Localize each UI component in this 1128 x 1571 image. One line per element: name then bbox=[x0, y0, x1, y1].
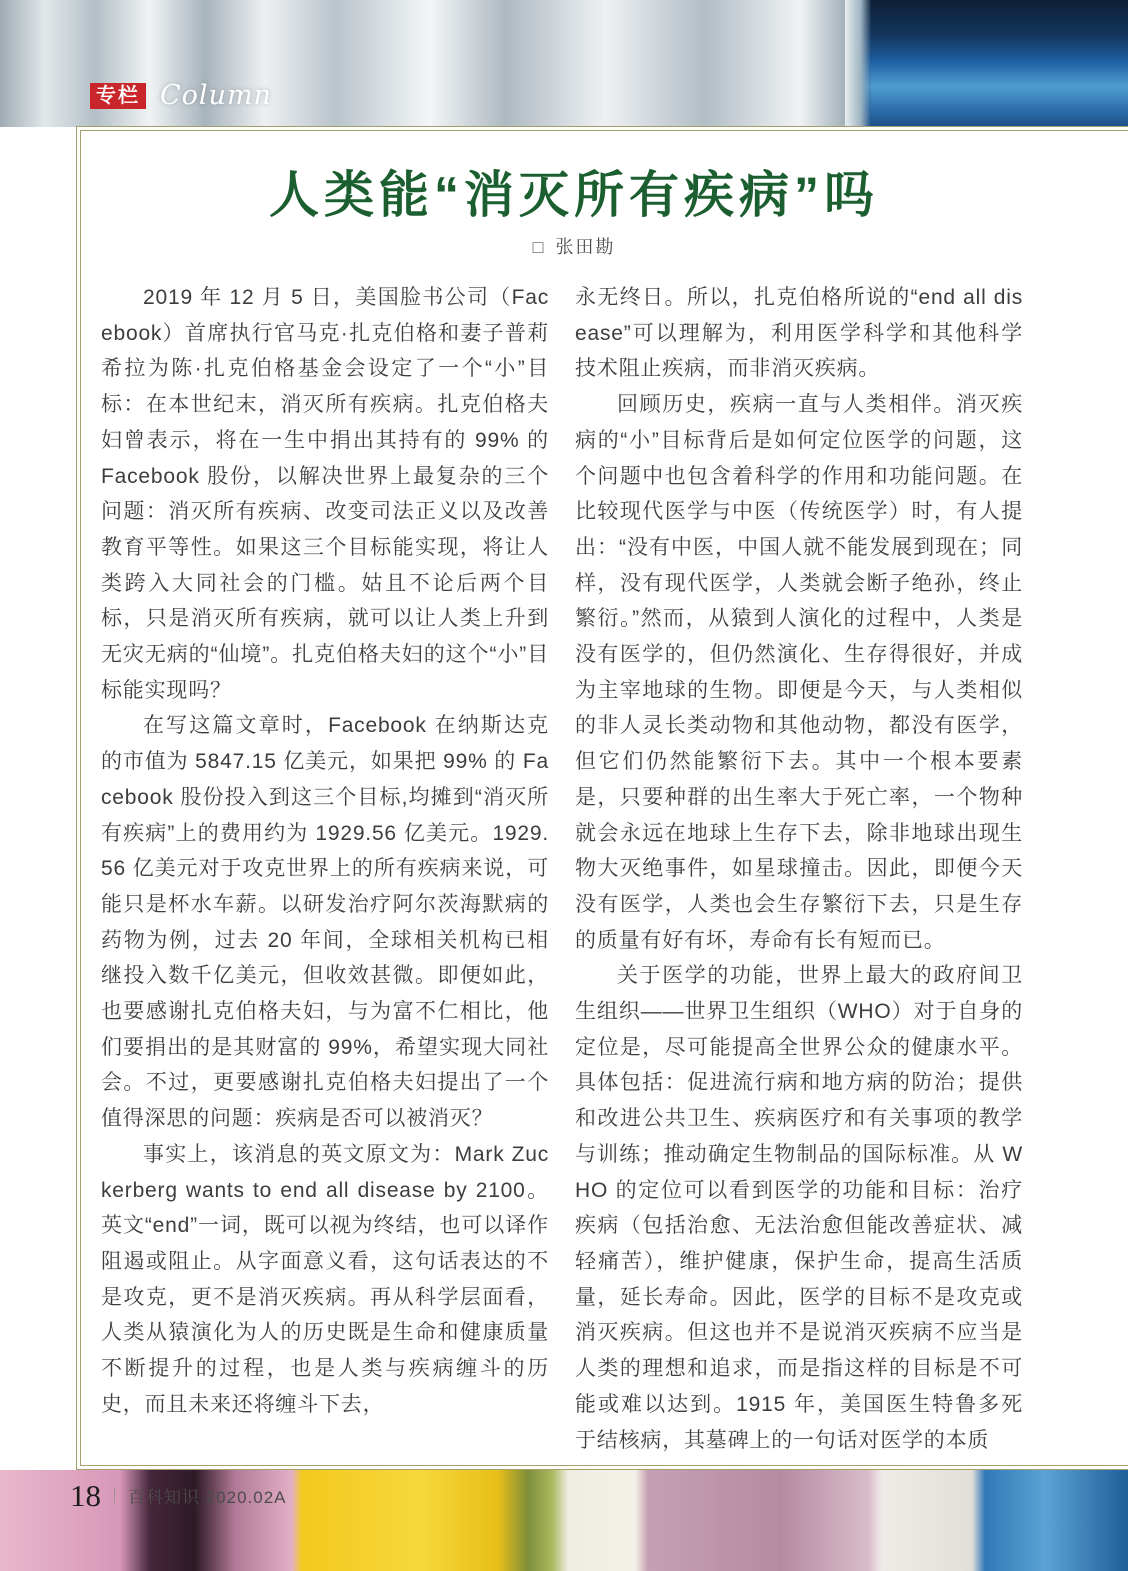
footer-divider bbox=[114, 1488, 115, 1503]
author-name: 张田勘 bbox=[555, 237, 615, 257]
magazine-page: 专栏 Column 人类能“消灭所有疾病”吗 □张田勘 2019 年 12 月 … bbox=[0, 0, 1128, 1571]
byline: □张田勘 bbox=[97, 233, 1051, 259]
paragraph: 回顾历史，疾病一直与人类相伴。消灭疾病的“小”目标背后是如何定位医学的问题，这个… bbox=[575, 387, 1023, 958]
blue-test-tube bbox=[845, 0, 1128, 127]
magazine-name: 百科知识 2020.02A bbox=[128, 1483, 287, 1508]
page-number: 18 bbox=[70, 1480, 101, 1511]
paragraph: 关于医学的功能，世界上最大的政府间卫生组织——世界卫生组织（WHO）对于自身的定… bbox=[575, 958, 1023, 1458]
right-column: 永无终日。所以，扎克伯格所说的“end all disease”可以理解为，利用… bbox=[575, 280, 1023, 1458]
column-badge: 专栏 bbox=[90, 83, 146, 109]
paragraph: 2019 年 12 月 5 日，美国脸书公司（Facebook）首席执行官马克·… bbox=[101, 280, 549, 708]
paragraph: 永无终日。所以，扎克伯格所说的“end all disease”可以理解为，利用… bbox=[575, 280, 1023, 387]
article-box-inner: 人类能“消灭所有疾病”吗 □张田勘 2019 年 12 月 5 日，美国脸书公司… bbox=[80, 130, 1128, 1466]
column-label: Column bbox=[160, 80, 272, 111]
author-marker-icon: □ bbox=[533, 237, 546, 257]
column-header: 专栏 Column bbox=[90, 80, 272, 111]
article-box: 人类能“消灭所有疾病”吗 □张田勘 2019 年 12 月 5 日，美国脸书公司… bbox=[76, 126, 1128, 1470]
test-tubes-photo-left bbox=[0, 0, 84, 1571]
article-title: 人类能“消灭所有疾病”吗 bbox=[97, 167, 1051, 223]
page-footer: 18 百科知识 2020.02A bbox=[70, 1480, 287, 1511]
paragraph: 事实上，该消息的英文原文为：Mark Zuckerberg wants to e… bbox=[101, 1137, 549, 1423]
article-body: 2019 年 12 月 5 日，美国脸书公司（Facebook）首席执行官马克·… bbox=[101, 280, 1023, 1458]
left-column: 2019 年 12 月 5 日，美国脸书公司（Facebook）首席执行官马克·… bbox=[101, 280, 549, 1458]
paragraph: 在写这篇文章时，Facebook 在纳斯达克的市值为 5847.15 亿美元，如… bbox=[101, 708, 549, 1136]
